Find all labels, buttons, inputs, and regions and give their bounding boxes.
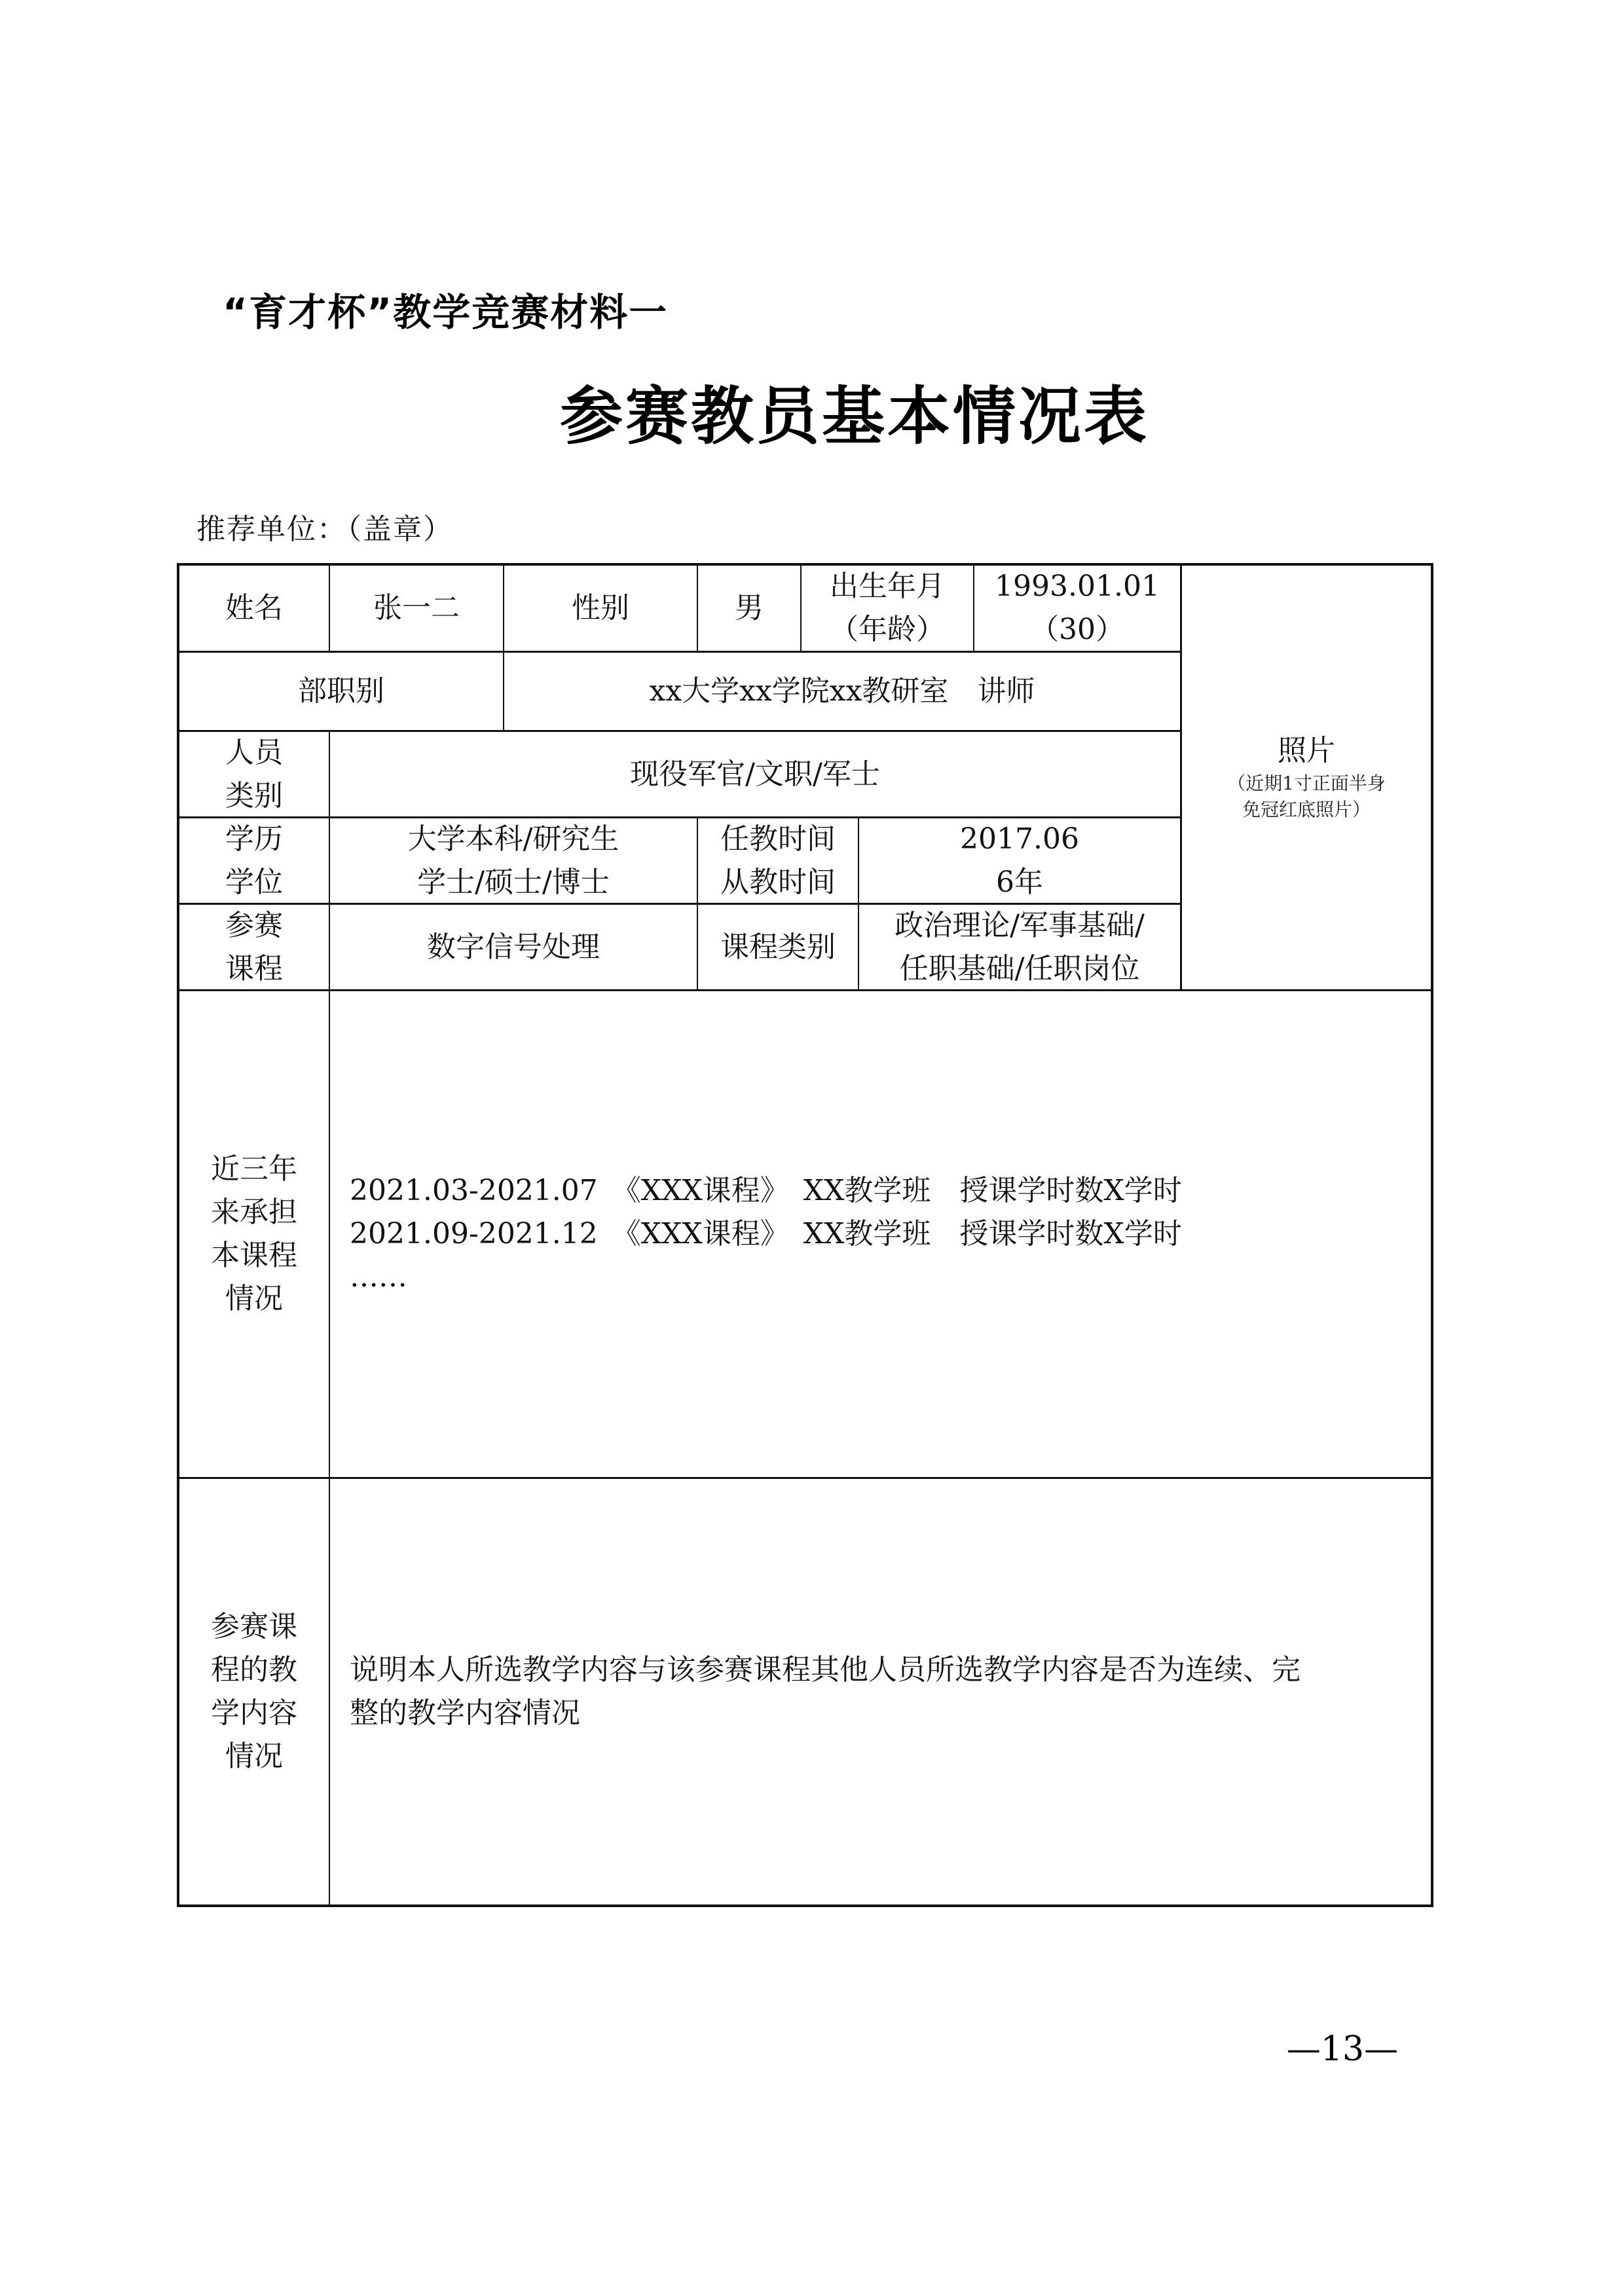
teaching-years-value: 6年 <box>996 861 1043 904</box>
dept-value-text: xx大学xx学院xx教研室 讲师 <box>650 670 1035 713</box>
category-label-line2: 类别 <box>225 774 283 818</box>
education-label-line1: 学历 <box>225 818 283 861</box>
dept-label: 部职别 <box>179 653 503 730</box>
teaching-content-label-line3: 学内容 <box>211 1692 297 1735</box>
recent-courses-label-line3: 本课程 <box>211 1234 297 1277</box>
degree-value-line2: 学士/硕士/博士 <box>417 861 610 904</box>
name-value-text: 张一二 <box>373 587 460 630</box>
gender-value-text: 男 <box>735 587 764 630</box>
teaching-time-value: 2017.06 6年 <box>859 818 1180 903</box>
teaching-start-value: 2017.06 <box>960 818 1079 861</box>
teaching-content-label-line4: 情况 <box>225 1735 283 1778</box>
course-record-ellipsis: …… <box>350 1256 1182 1299</box>
photo-note-line1: （近期1寸正面半身 <box>1227 771 1386 797</box>
course-label: 参赛 课程 <box>179 905 329 989</box>
teaching-content-label-line2: 程的教 <box>211 1649 297 1692</box>
education-label-line2: 学位 <box>225 861 283 904</box>
name-label: 姓名 <box>179 565 329 651</box>
gender-label-text: 性别 <box>572 587 629 630</box>
birth-label-line1: 出生年月 <box>830 565 945 608</box>
recent-courses-label-line1: 近三年 <box>211 1148 297 1191</box>
course-type-line2: 任职基础/任职岗位 <box>900 947 1140 991</box>
photo-note-line2: 免冠红底照片） <box>1242 797 1371 823</box>
course-type-label-text: 课程类别 <box>720 926 836 969</box>
age-text: （30） <box>1030 608 1124 651</box>
table-border-bottom <box>177 1904 1433 1907</box>
course-type-line1: 政治理论/军事基础/ <box>895 904 1145 947</box>
teaching-content-label-line1: 参赛课 <box>211 1605 297 1649</box>
course-label-line2: 课程 <box>225 947 283 991</box>
photo-label: 照片 <box>1278 731 1335 771</box>
course-value-text: 数字信号处理 <box>427 926 600 969</box>
education-value-line1: 大学本科/研究生 <box>408 818 619 861</box>
birth-value: 1993.01.01 （30） <box>974 565 1180 651</box>
course-type-label: 课程类别 <box>698 905 858 989</box>
recommend-unit-label: 推荐单位：（盖章） <box>196 505 453 547</box>
course-type-value: 政治理论/军事基础/ 任职基础/任职岗位 <box>859 905 1180 989</box>
category-value: 现役军官/文职/军士 <box>330 732 1180 816</box>
teaching-time-label: 任教时间 从教时间 <box>698 818 858 903</box>
category-value-text: 现役军官/文职/军士 <box>630 753 880 796</box>
category-label: 人员 类别 <box>179 732 329 816</box>
education-value: 大学本科/研究生 学士/硕士/博士 <box>330 818 697 903</box>
name-label-text: 姓名 <box>225 587 283 630</box>
teaching-years-label: 从教时间 <box>720 861 836 904</box>
education-label: 学历 学位 <box>179 818 329 903</box>
teaching-content-line1: 说明本人所选教学内容与该参赛课程其他人员所选教学内容是否为连续、完 <box>350 1649 1301 1692</box>
birth-label-line2: （年龄） <box>830 608 945 651</box>
teaching-content-label: 参赛课 程的教 学内容 情况 <box>179 1479 329 1904</box>
teaching-content-description: 说明本人所选教学内容与该参赛课程其他人员所选教学内容是否为连续、完 整的教学内容… <box>330 1479 1431 1904</box>
dept-value: xx大学xx学院xx教研室 讲师 <box>504 653 1180 730</box>
page-number: —13— <box>1283 2030 1401 2069</box>
teaching-content-line2: 整的教学内容情况 <box>350 1692 1301 1735</box>
gender-value: 男 <box>698 565 800 651</box>
competition-subtitle: “育才杯”教学竞赛材料一 <box>223 282 668 337</box>
birth-label: 出生年月 （年龄） <box>802 565 973 651</box>
recent-courses-label-line2: 来承担 <box>211 1191 297 1234</box>
course-label-line1: 参赛 <box>225 904 283 947</box>
recent-courses-label: 近三年 来承担 本课程 情况 <box>179 991 329 1477</box>
birth-date-text: 1993.01.01 <box>995 565 1160 608</box>
teaching-start-label: 任教时间 <box>720 818 836 861</box>
table-border-right <box>1431 563 1433 1907</box>
category-label-line1: 人员 <box>225 731 283 774</box>
dept-label-text: 部职别 <box>298 670 384 713</box>
course-record: 2021.09-2021.12 《XXX课程》 XX教学班 授课学时数X学时 <box>350 1212 1182 1256</box>
recent-courses-label-line4: 情况 <box>225 1277 283 1321</box>
name-value: 张一二 <box>330 565 503 651</box>
gender-label: 性别 <box>504 565 697 651</box>
photo-placeholder: 照片 （近期1寸正面半身 免冠红底照片） <box>1182 565 1431 989</box>
page-title: 参赛教员基本情况表 <box>0 367 1624 456</box>
recent-courses-content: 2021.03-2021.07 《XXX课程》 XX教学班 授课学时数X学时 2… <box>330 991 1431 1477</box>
course-record: 2021.03-2021.07 《XXX课程》 XX教学班 授课学时数X学时 <box>350 1169 1182 1212</box>
course-value: 数字信号处理 <box>330 905 697 989</box>
